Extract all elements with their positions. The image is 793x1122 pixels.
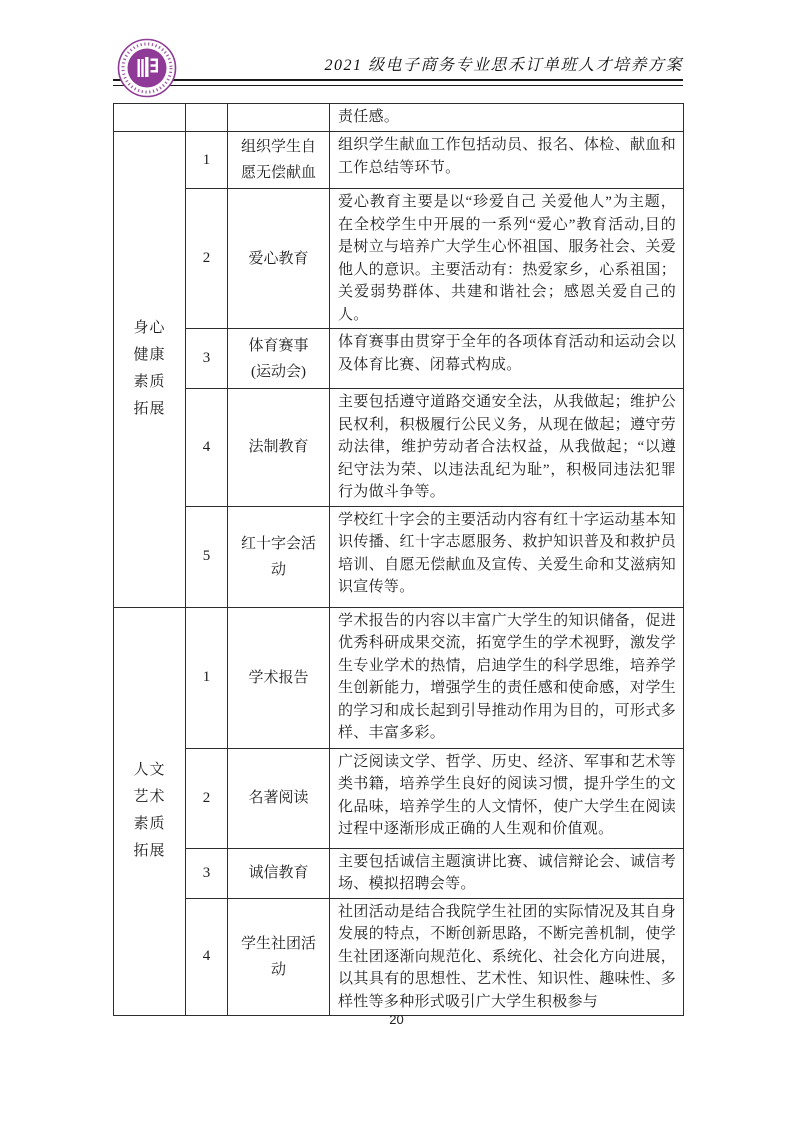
table-row: 2 爱心教育 爱心教育主要是以“珍爱自己 关爱他人”为主题，在全校学生中开展的一… <box>114 189 684 329</box>
page-header: 2021 级电子商务专业思禾订单班人才培养方案 <box>113 0 683 103</box>
table-row: 人文艺术素质拓展 1 学术报告 学术报告的内容以丰富广大学生的知识储备，促进优秀… <box>114 607 684 748</box>
table-row: 4 法制教育 主要包括遵守道路交通安全法，从我做起；维护公民权利，积极履行公民义… <box>114 389 684 507</box>
page-footer: 20 <box>0 1012 793 1027</box>
table-row-carryover: 责任感。 <box>114 104 684 132</box>
activity-desc: 体育赛事由贯穿于全年的各项体育活动和运动会以及体育比赛、闭幕式构成。 <box>330 329 684 389</box>
activity-name: 组织学生自愿无偿献血 <box>228 132 330 189</box>
activities-table: 责任感。 身心健康素质拓展 1 组织学生自愿无偿献血 组织学生献血工作包括动员、… <box>113 103 684 1016</box>
activity-desc: 责任感。 <box>330 104 684 132</box>
row-number: 2 <box>186 748 228 848</box>
category-cell: 身心健康素质拓展 <box>114 132 186 608</box>
row-number: 3 <box>186 329 228 389</box>
school-seal-icon <box>117 38 177 98</box>
activity-name-empty <box>228 104 330 132</box>
activity-desc: 学术报告的内容以丰富广大学生的知识储备，促进优秀科研成果交流，拓宽学生的学术视野… <box>330 607 684 748</box>
school-seal-logo <box>117 38 177 98</box>
activity-name: 名著阅读 <box>228 748 330 848</box>
row-number: 5 <box>186 506 228 607</box>
page-number: 20 <box>389 1012 403 1027</box>
activity-desc: 爱心教育主要是以“珍爱自己 关爱他人”为主题，在全校学生中开展的一系列“爱心”教… <box>330 189 684 329</box>
activity-name: 爱心教育 <box>228 189 330 329</box>
row-number: 4 <box>186 389 228 507</box>
activity-desc: 主要包括诚信主题演讲比赛、诚信辩论会、诚信考场、模拟招聘会等。 <box>330 848 684 898</box>
row-number: 3 <box>186 848 228 898</box>
activity-name: 红十字会活动 <box>228 506 330 607</box>
row-number: 2 <box>186 189 228 329</box>
document-page: 2021 级电子商务专业思禾订单班人才培养方案 责任感。 身心健康素质拓展 1 … <box>0 0 793 1122</box>
activity-desc: 学校红十字会的主要活动内容有红十字运动基本知识传播、红十字志愿服务、救护知识普及… <box>330 506 684 607</box>
table-row: 4 学生社团活动 社团活动是结合我院学生社团的实际情况及其自身发展的特点，不断创… <box>114 898 684 1016</box>
activity-name: 学术报告 <box>228 607 330 748</box>
header-divider <box>113 79 683 86</box>
document-title: 2021 级电子商务专业思禾订单班人才培养方案 <box>324 52 683 75</box>
activity-desc: 组织学生献血工作包括动员、报名、体检、献血和工作总结等环节。 <box>330 132 684 189</box>
table-row: 2 名著阅读 广泛阅读文学、哲学、历史、经济、军事和艺术等类书籍，培养学生良好的… <box>114 748 684 848</box>
activity-desc: 主要包括遵守道路交通安全法，从我做起；维护公民权利，积极履行公民义务，从现在做起… <box>330 389 684 507</box>
row-number: 1 <box>186 132 228 189</box>
row-number: 4 <box>186 898 228 1016</box>
activity-name: 学生社团活动 <box>228 898 330 1016</box>
category-cell: 人文艺术素质拓展 <box>114 607 186 1016</box>
table-row: 5 红十字会活动 学校红十字会的主要活动内容有红十字运动基本知识传播、红十字志愿… <box>114 506 684 607</box>
table-row: 身心健康素质拓展 1 组织学生自愿无偿献血 组织学生献血工作包括动员、报名、体检… <box>114 132 684 189</box>
activity-name: 法制教育 <box>228 389 330 507</box>
table-row: 3 诚信教育 主要包括诚信主题演讲比赛、诚信辩论会、诚信考场、模拟招聘会等。 <box>114 848 684 898</box>
activity-desc: 广泛阅读文学、哲学、历史、经济、军事和艺术等类书籍，培养学生良好的阅读习惯，提升… <box>330 748 684 848</box>
table-row: 3 体育赛事 (运动会) 体育赛事由贯穿于全年的各项体育活动和运动会以及体育比赛… <box>114 329 684 389</box>
activity-name: 体育赛事 (运动会) <box>228 329 330 389</box>
activity-name: 诚信教育 <box>228 848 330 898</box>
row-number-empty <box>186 104 228 132</box>
activity-desc: 社团活动是结合我院学生社团的实际情况及其自身发展的特点，不断创新思路，不断完善机… <box>330 898 684 1016</box>
category-cell-empty <box>114 104 186 132</box>
row-number: 1 <box>186 607 228 748</box>
